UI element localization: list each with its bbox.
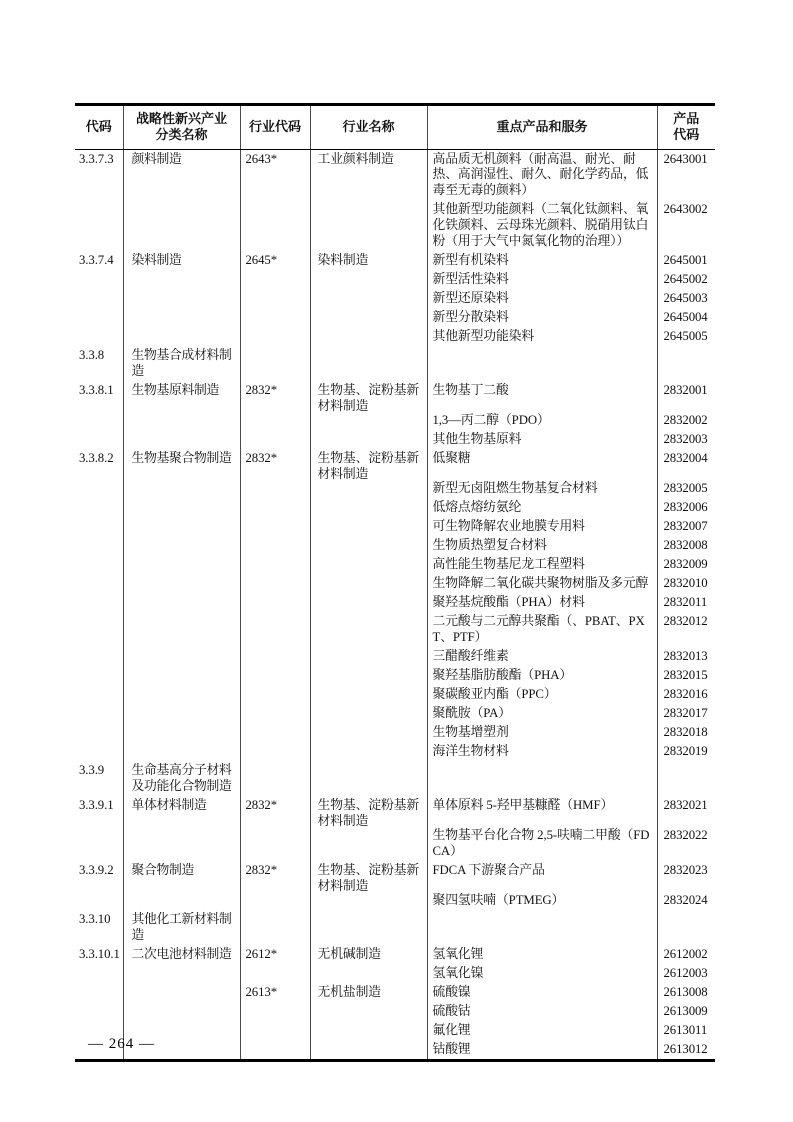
product-cell: 聚碳酸亚内酯（PPC） bbox=[427, 685, 657, 704]
industry-name-cell: 生物基、淀粉基新材料制造 bbox=[310, 796, 427, 861]
table-row: 3.3.10其他化工新材料制造 bbox=[75, 910, 715, 945]
category-name-cell: 单体材料制造 bbox=[123, 796, 240, 861]
industry-code-cell bbox=[240, 761, 310, 796]
product-code-cell: 2832015 bbox=[657, 666, 715, 685]
product-code-cell: 2832017 bbox=[657, 704, 715, 723]
table-row: 3.3.7.3颜料制造2643*工业颜料制造高品质无机颜料（耐高温、耐光、耐热、… bbox=[75, 149, 715, 200]
product-code-cell: 2612002 bbox=[657, 945, 715, 964]
product-code-cell: 2832010 bbox=[657, 574, 715, 593]
product-cell: 新型无卤阻燃生物基复合材料 bbox=[427, 468, 657, 498]
product-cell bbox=[427, 761, 657, 796]
product-code-cell: 2832012 bbox=[657, 612, 715, 647]
industry-name-cell: 生物基、淀粉基新材料制造 bbox=[310, 381, 427, 449]
code-cell: 3.3.8 bbox=[75, 346, 123, 381]
product-cell bbox=[427, 346, 657, 381]
product-code-cell: 2832016 bbox=[657, 685, 715, 704]
product-cell: 低聚糖 bbox=[427, 449, 657, 468]
industry-code-cell: 2613* bbox=[240, 983, 310, 1060]
product-cell: 低熔点熔纺氨纶 bbox=[427, 498, 657, 517]
industry-code-cell: 2645* bbox=[240, 251, 310, 346]
industry-name-cell bbox=[310, 346, 427, 381]
product-cell: 其他新型功能染料 bbox=[427, 327, 657, 346]
product-cell: 生物基平台化合物 2,5-呋喃二甲酸（FDCA） bbox=[427, 815, 657, 861]
product-cell: 可生物降解农业地膜专用料 bbox=[427, 517, 657, 536]
industry-name-cell: 生物基、淀粉基新材料制造 bbox=[310, 861, 427, 910]
product-cell: 氟化锂 bbox=[427, 1021, 657, 1040]
code-cell: 3.3.9.1 bbox=[75, 796, 123, 861]
product-cell: 高性能生物基尼龙工程塑料 bbox=[427, 555, 657, 574]
product-code-cell: 2613009 bbox=[657, 1002, 715, 1021]
product-code-cell: 2832022 bbox=[657, 815, 715, 861]
product-code-cell bbox=[657, 346, 715, 381]
product-cell: 氢氧化锂 bbox=[427, 945, 657, 964]
header-industry-name: 行业名称 bbox=[310, 105, 427, 150]
product-code-cell: 2832024 bbox=[657, 880, 715, 910]
header-key-products: 重点产品和服务 bbox=[427, 105, 657, 150]
table-row: 3.3.7.4染料制造2645*染料制造新型有机染料2645001 bbox=[75, 251, 715, 270]
product-cell: 新型还原染料 bbox=[427, 289, 657, 308]
product-code-cell: 2832001 bbox=[657, 381, 715, 400]
product-cell: 生物基丁二酸 bbox=[427, 381, 657, 400]
category-name-cell: 生命基高分子材料及功能化合物制造 bbox=[123, 761, 240, 796]
category-name-cell: 其他化工新材料制造 bbox=[123, 910, 240, 945]
product-cell: 聚酰胺（PA） bbox=[427, 704, 657, 723]
product-cell: 新型分散染料 bbox=[427, 308, 657, 327]
header-product-code: 产品 代码 bbox=[657, 105, 715, 150]
product-code-cell: 2613012 bbox=[657, 1040, 715, 1060]
product-code-cell: 2645002 bbox=[657, 270, 715, 289]
product-cell: 聚四氢呋喃（PTMEG） bbox=[427, 880, 657, 910]
product-code-cell: 2832005 bbox=[657, 468, 715, 498]
category-name-cell: 生物基聚合物制造 bbox=[123, 449, 240, 761]
product-cell: FDCA 下游聚合产品 bbox=[427, 861, 657, 880]
product-cell: 硫酸钴 bbox=[427, 1002, 657, 1021]
table-row: 3.3.8生物基合成材料制造 bbox=[75, 346, 715, 381]
industry-code-cell bbox=[240, 910, 310, 945]
product-cell: 二元酸与二元醇共聚酯（、PBAT、PXT、PTF） bbox=[427, 612, 657, 647]
product-code-cell: 2832002 bbox=[657, 400, 715, 430]
product-code-cell bbox=[657, 761, 715, 796]
product-cell: 聚羟基脂肪酸酯（PHA） bbox=[427, 666, 657, 685]
product-code-cell: 2645005 bbox=[657, 327, 715, 346]
product-code-cell: 2832011 bbox=[657, 593, 715, 612]
product-cell: 新型活性染料 bbox=[427, 270, 657, 289]
product-code-cell: 2832007 bbox=[657, 517, 715, 536]
product-code-cell: 2645001 bbox=[657, 251, 715, 270]
header-category-name: 战略性新兴产业 分类名称 bbox=[123, 105, 240, 150]
industry-name-cell bbox=[310, 910, 427, 945]
code-cell: 3.3.9 bbox=[75, 761, 123, 796]
industry-name-cell: 无机碱制造 bbox=[310, 945, 427, 983]
product-cell: 生物降解二氧化碳共聚物树脂及多元醇 bbox=[427, 574, 657, 593]
industry-code-cell: 2832* bbox=[240, 449, 310, 761]
product-cell: 1,3—丙二醇（PDO） bbox=[427, 400, 657, 430]
category-name-cell: 颜料制造 bbox=[123, 149, 240, 251]
table-row: 3.3.8.1生物基原料制造2832*生物基、淀粉基新材料制造生物基丁二酸283… bbox=[75, 381, 715, 400]
industry-name-cell: 生物基、淀粉基新材料制造 bbox=[310, 449, 427, 761]
product-cell: 海洋生物材料 bbox=[427, 742, 657, 761]
table-row: 3.3.10.1二次电池材料制造2612*无机碱制造氢氧化锂2612002 bbox=[75, 945, 715, 964]
category-name-cell: 生物基合成材料制造 bbox=[123, 346, 240, 381]
product-code-cell: 2832006 bbox=[657, 498, 715, 517]
product-code-cell: 2832021 bbox=[657, 796, 715, 815]
industry-code-cell: 2612* bbox=[240, 945, 310, 983]
industry-name-cell: 工业颜料制造 bbox=[310, 149, 427, 251]
header-row: 代码 战略性新兴产业 分类名称 行业代码 行业名称 重点产品和服务 产品 代码 bbox=[75, 105, 715, 150]
product-cell bbox=[427, 910, 657, 945]
industry-code-cell: 2832* bbox=[240, 381, 310, 449]
product-cell: 氢氧化镍 bbox=[427, 964, 657, 983]
product-cell: 单体原料 5-羟甲基糠醛（HMF） bbox=[427, 796, 657, 815]
product-cell: 三醋酸纤维素 bbox=[427, 647, 657, 666]
table-body: 3.3.7.3颜料制造2643*工业颜料制造高品质无机颜料（耐高温、耐光、耐热、… bbox=[75, 149, 715, 1060]
table-row: 3.3.8.2生物基聚合物制造2832*生物基、淀粉基新材料制造低聚糖28320… bbox=[75, 449, 715, 468]
product-cell: 硫酸镍 bbox=[427, 983, 657, 1002]
table-row: 3.3.9.2聚合物制造2832*生物基、淀粉基新材料制造FDCA 下游聚合产品… bbox=[75, 861, 715, 880]
industry-name-cell: 无机盐制造 bbox=[310, 983, 427, 1060]
product-code-cell: 2612003 bbox=[657, 964, 715, 983]
product-cell: 高品质无机颜料（耐高温、耐光、耐热、高润湿性、耐久、耐化学药品，低毒至无毒的颜料… bbox=[427, 149, 657, 200]
industry-code-cell bbox=[240, 346, 310, 381]
product-code-cell: 2832004 bbox=[657, 449, 715, 468]
table-header: 代码 战略性新兴产业 分类名称 行业代码 行业名称 重点产品和服务 产品 代码 bbox=[75, 105, 715, 150]
product-code-cell: 2645004 bbox=[657, 308, 715, 327]
category-name-cell: 聚合物制造 bbox=[123, 861, 240, 910]
code-cell: 3.3.7.3 bbox=[75, 149, 123, 251]
product-code-cell: 2832018 bbox=[657, 723, 715, 742]
product-cell: 聚羟基烷酸酯（PHA）材料 bbox=[427, 593, 657, 612]
industry-name-cell bbox=[310, 761, 427, 796]
product-code-cell: 2613011 bbox=[657, 1021, 715, 1040]
product-code-cell: 2613008 bbox=[657, 983, 715, 1002]
product-code-cell: 2832023 bbox=[657, 861, 715, 880]
code-cell: 3.3.9.2 bbox=[75, 861, 123, 910]
industry-code-cell: 2832* bbox=[240, 796, 310, 861]
product-code-cell: 2643001 bbox=[657, 149, 715, 200]
code-cell: 3.3.7.4 bbox=[75, 251, 123, 346]
product-code-cell: 2645003 bbox=[657, 289, 715, 308]
product-code-cell: 2832009 bbox=[657, 555, 715, 574]
product-cell: 新型有机染料 bbox=[427, 251, 657, 270]
code-cell: 3.3.8.2 bbox=[75, 449, 123, 761]
table-row: 3.3.9生命基高分子材料及功能化合物制造 bbox=[75, 761, 715, 796]
product-cell: 生物基增塑剂 bbox=[427, 723, 657, 742]
product-cell: 其他新型功能颜料（二氧化钛颜料、氧化铁颜料、云母珠光颜料、脱硝用钛白粉（用于大气… bbox=[427, 200, 657, 251]
page-number: — 264 — bbox=[88, 1036, 155, 1053]
category-name-cell: 生物基原料制造 bbox=[123, 381, 240, 449]
product-code-cell: 2643002 bbox=[657, 200, 715, 251]
code-cell: 3.3.8.1 bbox=[75, 381, 123, 449]
industry-name-cell: 染料制造 bbox=[310, 251, 427, 346]
industry-code-cell: 2832* bbox=[240, 861, 310, 910]
product-code-cell bbox=[657, 910, 715, 945]
product-code-cell: 2832003 bbox=[657, 430, 715, 449]
product-code-cell: 2832019 bbox=[657, 742, 715, 761]
product-cell: 其他生物基原料 bbox=[427, 430, 657, 449]
product-cell: 生物质热塑复合材料 bbox=[427, 536, 657, 555]
code-cell: 3.3.10 bbox=[75, 910, 123, 945]
product-cell: 钴酸锂 bbox=[427, 1040, 657, 1060]
header-code: 代码 bbox=[75, 105, 123, 150]
classification-table: 代码 战略性新兴产业 分类名称 行业代码 行业名称 重点产品和服务 产品 代码 … bbox=[75, 103, 715, 1062]
category-name-cell: 染料制造 bbox=[123, 251, 240, 346]
industry-code-cell: 2643* bbox=[240, 149, 310, 251]
product-code-cell: 2832008 bbox=[657, 536, 715, 555]
header-industry-code: 行业代码 bbox=[240, 105, 310, 150]
document-page: 代码 战略性新兴产业 分类名称 行业代码 行业名称 重点产品和服务 产品 代码 … bbox=[0, 0, 793, 1122]
table-row: 3.3.9.1单体材料制造2832*生物基、淀粉基新材料制造单体原料 5-羟甲基… bbox=[75, 796, 715, 815]
product-code-cell: 2832013 bbox=[657, 647, 715, 666]
